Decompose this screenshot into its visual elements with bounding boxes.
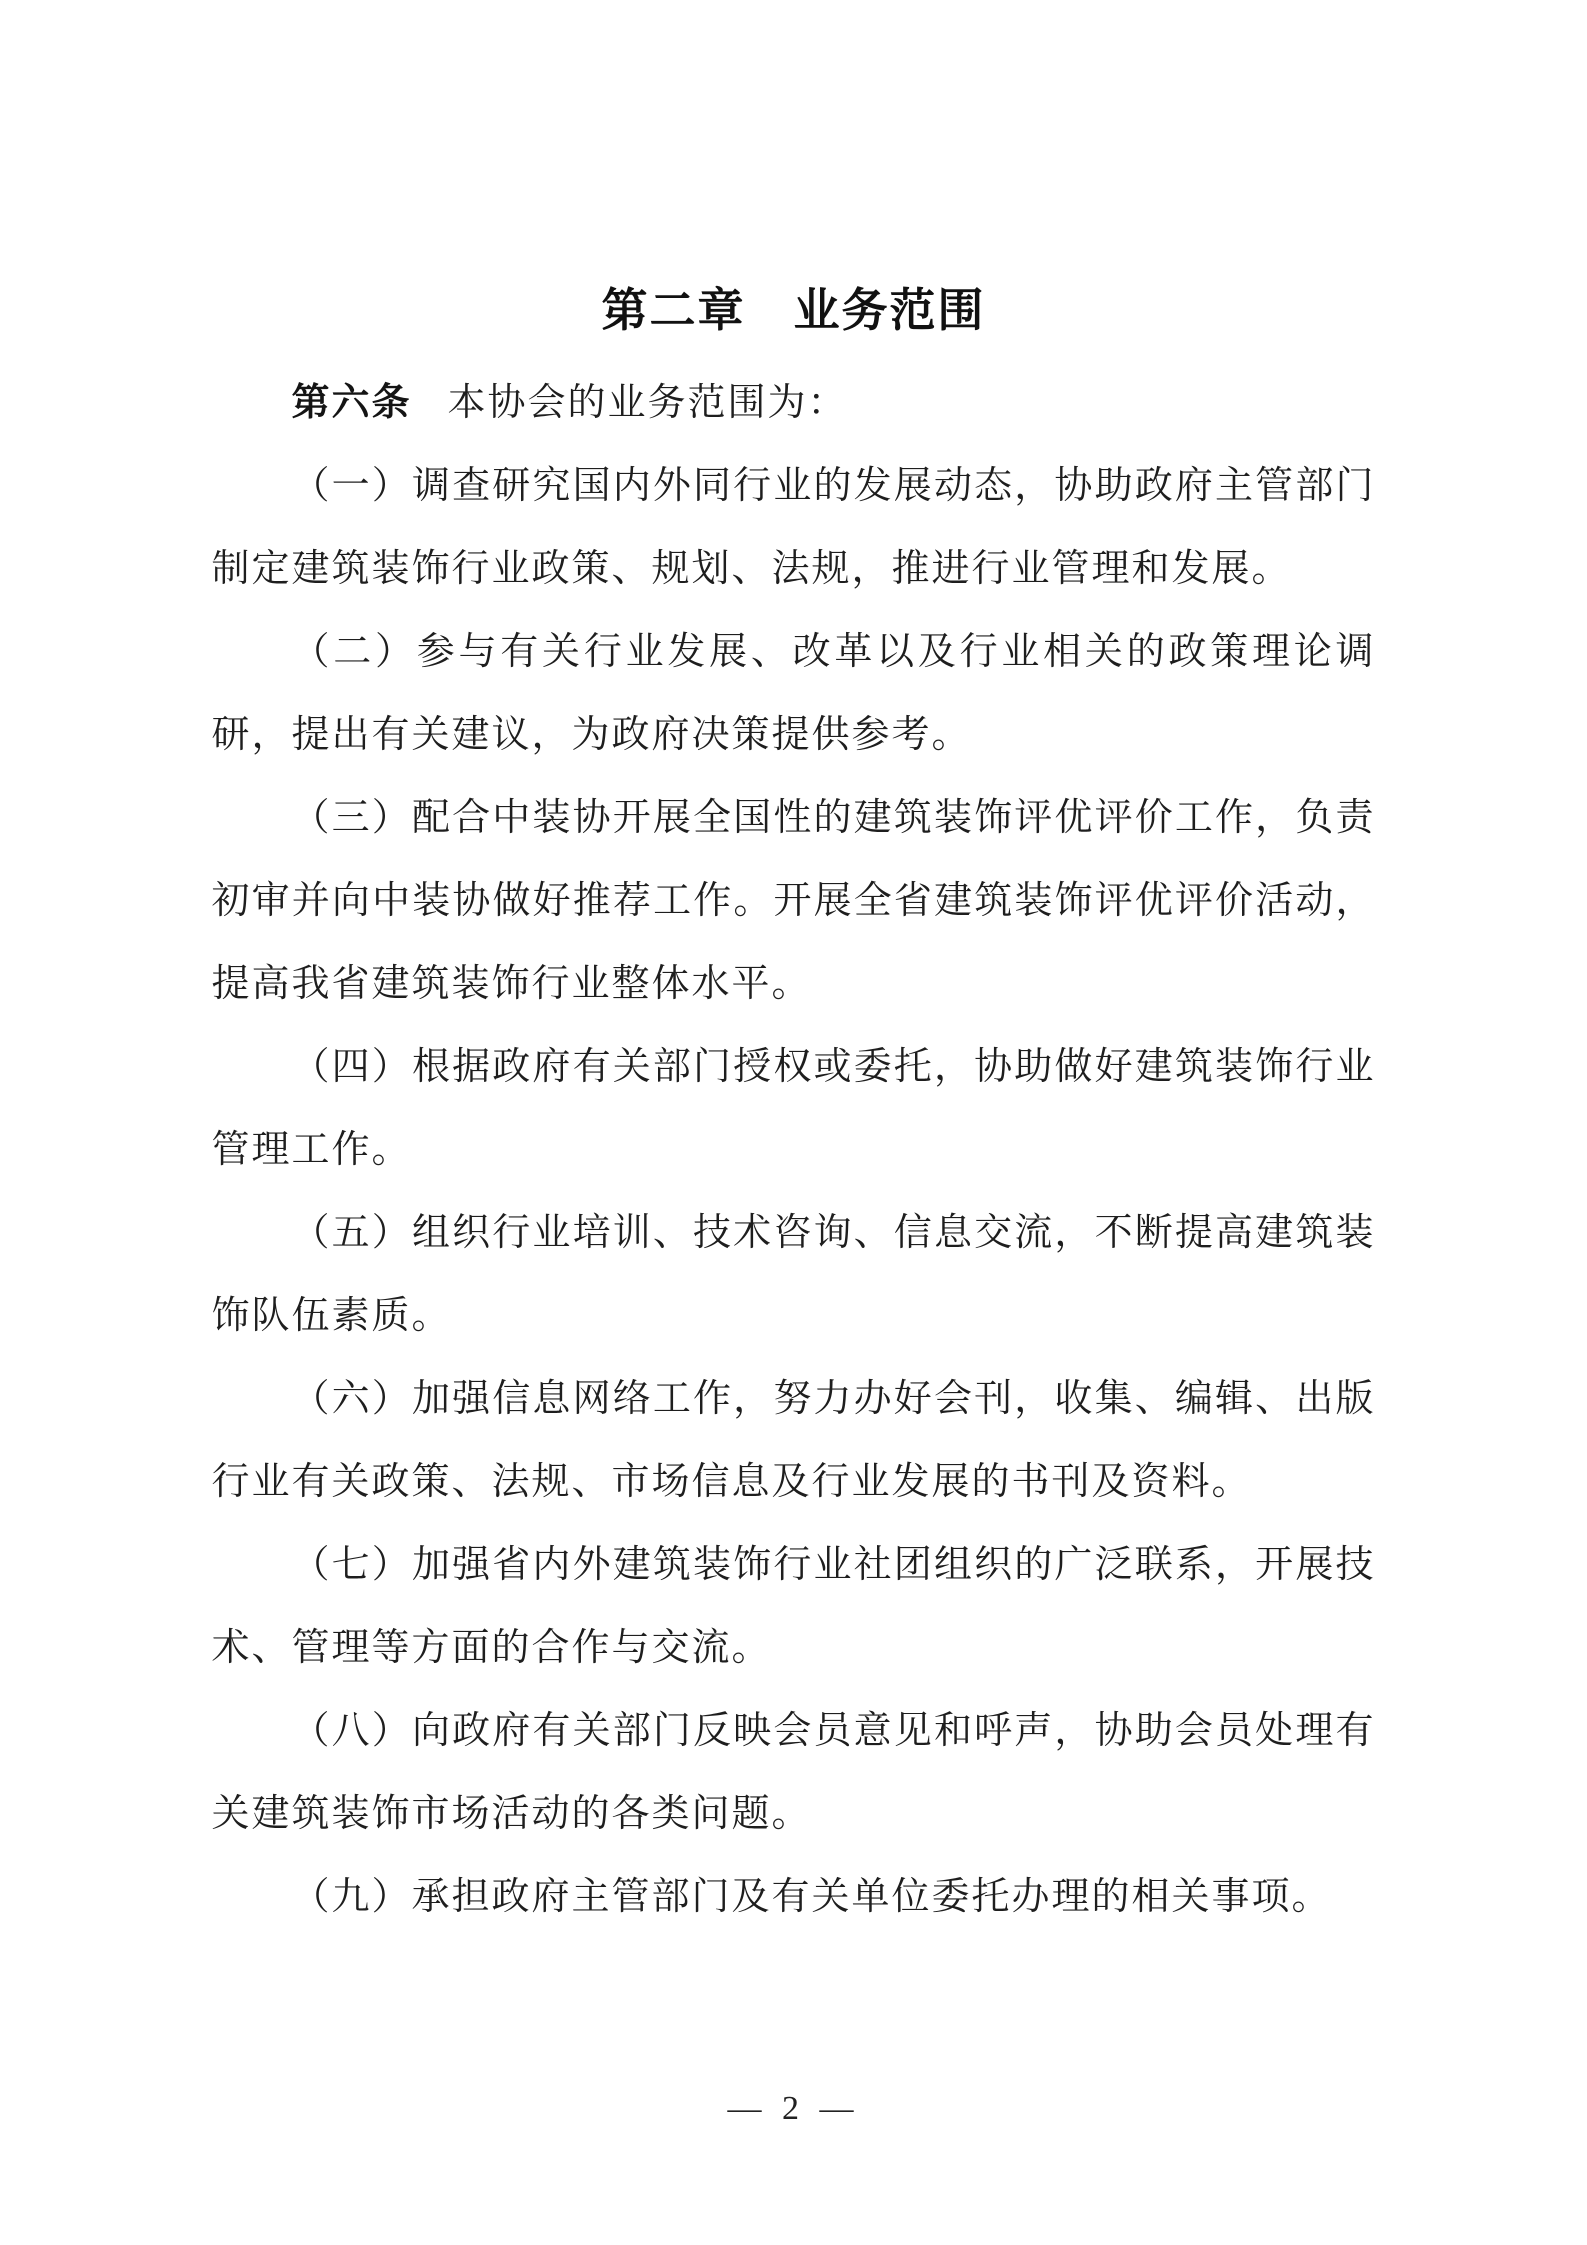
article-clause: 第六条本协会的业务范围为： (212, 362, 1376, 445)
document-page: 第二章 业务范围 第六条本协会的业务范围为： （一）调查研究国内外同行业的发展动… (0, 0, 1587, 2245)
scope-item-7: （七）加强省内外建筑装饰行业社团组织的广泛联系，开展技术、管理等方面的合作与交流… (212, 1524, 1376, 1690)
scope-item-9: （九）承担政府主管部门及有关单位委托办理的相关事项。 (212, 1856, 1376, 1939)
scope-item-1: （一）调查研究国内外同行业的发展动态，协助政府主管部门制定建筑装饰行业政策、规划… (212, 445, 1376, 611)
article-number: 第六条 (292, 382, 412, 424)
scope-item-2: （二）参与有关行业发展、改革以及行业相关的政策理论调研，提出有关建议，为政府决策… (212, 611, 1376, 777)
page-number: — 2 — (0, 2089, 1587, 2129)
document-body: 第六条本协会的业务范围为： （一）调查研究国内外同行业的发展动态，协助政府主管部… (212, 362, 1376, 1939)
article-intro: 本协会的业务范围为： (448, 382, 848, 424)
scope-item-5: （五）组织行业培训、技术咨询、信息交流，不断提高建筑装饰队伍素质。 (212, 1192, 1376, 1358)
scope-item-8: （八）向政府有关部门反映会员意见和呼声，协助会员处理有关建筑装饰市场活动的各类问… (212, 1690, 1376, 1856)
scope-item-6: （六）加强信息网络工作，努力办好会刊，收集、编辑、出版行业有关政策、法规、市场信… (212, 1358, 1376, 1524)
scope-item-4: （四）根据政府有关部门授权或委托，协助做好建筑装饰行业管理工作。 (212, 1026, 1376, 1192)
scope-item-3: （三）配合中装协开展全国性的建筑装饰评优评价工作，负责初审并向中装协做好推荐工作… (212, 777, 1376, 1026)
chapter-heading: 第二章 业务范围 (0, 0, 1587, 339)
